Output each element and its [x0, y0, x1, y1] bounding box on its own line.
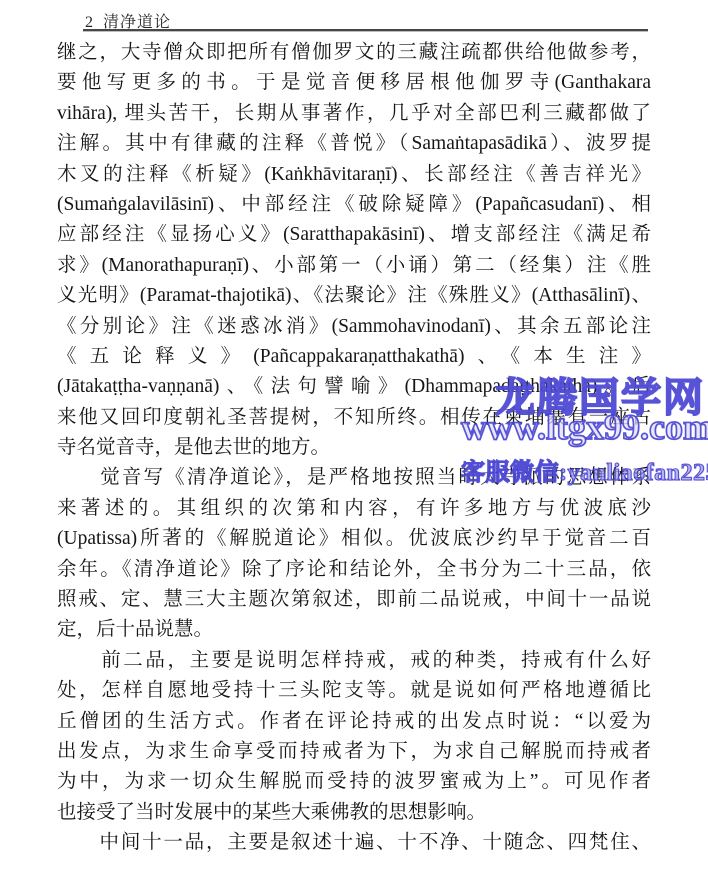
text-line: 义光明》(Paramat-thajotikā)、《法聚论》注《殊胜义》(Atth…: [57, 281, 651, 311]
text-line: 为中，为求一切众生解脱而受持的波罗蜜戒为上”。可见作者: [57, 767, 651, 797]
text-line: 应部经注《显扬心义》(Saratthapakāsinī)、增支部经注《满足希: [57, 220, 651, 250]
text-line: 寺名觉音寺，是他去世的地方。: [57, 433, 651, 463]
text-line: 来他又回印度朝礼圣菩提树，不知所终。相传在柬埔寨有一座古: [57, 403, 651, 433]
text-line: 觉音写《清净道论》，是严格地按照当时大寺派的思想体系: [57, 463, 651, 493]
text-line: (Sumaṅgalavilāsinī)、中部经注《破除疑障》(Papañcasu…: [57, 190, 651, 220]
text-line: (Jātakaṭṭha-vaṇṇanā)、《法句譬喻》(Dhammapadaṭṭ…: [57, 372, 651, 402]
text-line: 中间十一品，主要是叙述十遍、十不净、十随念、四梵住、: [57, 828, 651, 858]
body-text: 继之，大寺僧众即把所有僧伽罗文的三藏注疏都供给他做参考， 要他写更多的书。于是觉…: [57, 38, 651, 859]
text-line: 也接受了当时发展中的某些大乘佛教的思想影响。: [57, 798, 651, 828]
text-line: vihāra), 埋头苦干，长期从事著作，几乎对全部巴利三藏都做了: [57, 99, 651, 129]
text-line: 木叉的注释《析疑》(Kaṅkhāvitaraṇī)、长部经注《善吉祥光》: [57, 160, 651, 190]
paragraph: 继之，大寺僧众即把所有僧伽罗文的三藏注疏都供给他做参考， 要他写更多的书。于是觉…: [57, 38, 651, 463]
text-line: 照戒、定、慧三大主题次第叙述，即前二品说戒，中间十一品说: [57, 585, 651, 615]
text-line: 注解。其中有律藏的注释《普悦》（Samaṅtapasādikā）、波罗提: [57, 129, 651, 159]
text-line: 出发点，为求生命享受而持戒者为下，为求自己解脱而持戒者: [57, 737, 651, 767]
text-line: 《五论释义》(Pañcappakaraṇatthakathā)、《本生注》: [57, 342, 651, 372]
text-line: 求》(Manorathapuraṇī)、小部第一（小诵）第二（经集）注《胜: [57, 251, 651, 281]
text-line: 前二品，主要是说明怎样持戒，戒的种类，持戒有什么好: [57, 646, 651, 676]
text-line: 丘僧团的生活方式。作者在评论持戒的出发点时说：“以爱为: [57, 707, 651, 737]
header-rule: [83, 29, 648, 32]
text-line: 定，后十品说慧。: [57, 615, 651, 645]
text-line: 处，怎样自愿地受持十三头陀支等。就是说如何严格地遵循比: [57, 676, 651, 706]
text-line: 要他写更多的书。于是觉音便移居根他伽罗寺(Ganthakara: [57, 68, 651, 98]
text-line: 《分别论》注《迷惑冰消》(Sammohavinodanī)、其余五部论注: [57, 312, 651, 342]
paragraph: 觉音写《清净道论》，是严格地按照当时大寺派的思想体系 来著述的。其组织的次第和内…: [57, 463, 651, 645]
paragraph: 中间十一品，主要是叙述十遍、十不净、十随念、四梵住、: [57, 828, 651, 858]
text-line: 余年。《清净道论》除了序论和结论外，全书分为二十三品，依: [57, 555, 651, 585]
text-line: 继之，大寺僧众即把所有僧伽罗文的三藏注疏都供给他做参考，: [57, 38, 651, 68]
paragraph: 前二品，主要是说明怎样持戒，戒的种类，持戒有什么好 处，怎样自愿地受持十三头陀支…: [57, 646, 651, 828]
text-line: 来著述的。其组织的次第和内容，有许多地方与优波底沙: [57, 494, 651, 524]
text-line: (Upatissa)所著的《解脱道论》相似。优波底沙约早于觉音二百: [57, 524, 651, 554]
book-page: 2清净道论 继之，大寺僧众即把所有僧伽罗文的三藏注疏都供给他做参考， 要他写更多…: [0, 0, 708, 870]
